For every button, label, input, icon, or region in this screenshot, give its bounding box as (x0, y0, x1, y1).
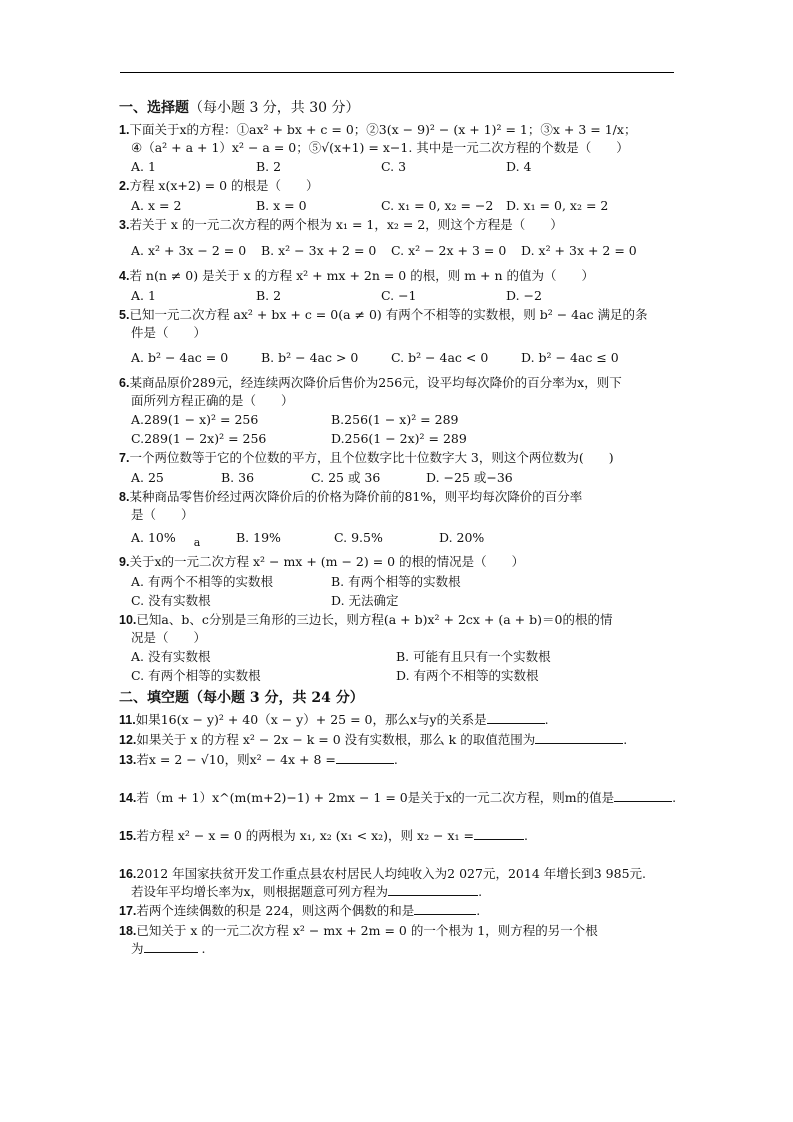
question-13: 13.若x = 2 − √10，则x² − 4x + 8 =. (119, 751, 679, 769)
question-text: 若关于 x 的一元二次方程的两个根为 x₁ = 1，x₂ = 2，则这个方程是（… (129, 217, 562, 232)
option-c[interactable]: C. b² − 4ac < 0 (391, 349, 521, 366)
question-text: 如果关于 x 的方程 x² − 2x − k = 0 没有实数根，那么 k 的取… (136, 732, 535, 747)
question-text: 已知一元二次方程 ax² + bx + c = 0(a ≠ 0) 有两个不相等的… (129, 307, 647, 322)
question-text: 一个两位数等于它的个位数的平方，且个位数字比十位数字大 3，则这个两位数为( ) (129, 450, 613, 465)
question-number: 14. (119, 791, 136, 805)
question-text: 方程 x(x+2) = 0 的根是（ ） (129, 178, 318, 193)
answer-blank[interactable] (144, 940, 198, 953)
question-text-cont: 件是（ ） (119, 324, 679, 341)
option-b[interactable]: B. 2 (256, 158, 381, 175)
option-a[interactable]: A. 没有实数根 (131, 648, 396, 665)
question-number: 3. (119, 218, 129, 232)
section-title: 一、选择题 (119, 100, 189, 116)
question-number: 5. (119, 308, 129, 322)
question-2: 2.方程 x(x+2) = 0 的根是（ ） (119, 177, 679, 195)
option-b[interactable]: B. 36 (221, 469, 311, 486)
option-c[interactable]: C.289(1 − 2x)² = 256 (131, 430, 331, 447)
option-d[interactable]: D. 4 (506, 158, 631, 175)
question-text-cont: ④（a² + a + 1）x² − a = 0；⑤√(x+1) = x−1. 其… (119, 139, 679, 156)
question-number: 4. (119, 269, 129, 283)
question-12: 12.如果关于 x 的方程 x² − 2x − k = 0 没有实数根，那么 k… (119, 731, 679, 749)
option-d[interactable]: D. x₁ = 0, x₂ = 2 (506, 197, 631, 214)
option-a[interactable]: A. 1 (131, 158, 256, 175)
option-b[interactable]: B. x = 0 (256, 197, 381, 214)
answer-blank[interactable] (487, 711, 545, 724)
punct: . (478, 884, 482, 899)
question-8: 8.某种商品零售价经过两次降价后的价格为降价前的81%，则平均每次降价的百分率 (119, 488, 679, 506)
answer-blank[interactable] (388, 883, 478, 896)
section-note: （每小题 3 分，共 24 分） (189, 690, 364, 706)
question-number: 8. (119, 490, 129, 504)
option-d[interactable]: D. b² − 4ac ≤ 0 (521, 349, 651, 366)
question-text: 某种商品零售价经过两次降价后的价格为降价前的81%，则平均每次降价的百分率 (129, 489, 582, 504)
question-text: 已知关于 x 的一元二次方程 x² − mx + 2m = 0 的一个根为 1，… (136, 923, 597, 938)
question-number: 9. (119, 555, 129, 569)
question-text: 为 (131, 941, 144, 956)
question-text: 关于x的一元二次方程 x² − mx + (m − 2) = 0 的根的情况是（… (129, 554, 524, 569)
option-c[interactable]: C. x² − 2x + 3 = 0 (391, 242, 521, 259)
option-c[interactable]: C. 有两个相等的实数根 (131, 667, 396, 684)
question-number: 18. (119, 924, 136, 938)
header-rule (120, 72, 674, 73)
question-1: 1.下面关于x的方程：①ax² + bx + c = 0；②3(x − 9)² … (119, 121, 679, 139)
question-number: 17. (119, 904, 136, 918)
question-text: 如果16(x − y)² + 40（x − y）+ 25 = 0，那么x与y的关… (136, 712, 487, 727)
punct: . (524, 828, 528, 843)
option-b[interactable]: B. 有两个相等的实数根 (331, 573, 531, 590)
option-a[interactable]: A. 有两个不相等的实数根 (131, 573, 331, 590)
options: C. 有两个相等的实数根 D. 有两个不相等的实数根 (119, 667, 679, 684)
options: A. 1 B. 2 C. −1 D. −2 (119, 287, 679, 304)
question-5: 5.已知一元二次方程 ax² + bx + c = 0(a ≠ 0) 有两个不相… (119, 306, 679, 324)
question-number: 16. (119, 867, 136, 881)
option-a-label: A. 10% (131, 530, 176, 545)
question-text-cont: 为 . (119, 940, 679, 957)
question-text: 若（m + 1）x^(m(m+2)−1) + 2mx − 1 = 0是关于x的一… (136, 790, 614, 805)
options: C. 没有实数根 D. 无法确定 (119, 592, 679, 609)
question-text-cont: 是（ ） (119, 506, 679, 523)
option-d[interactable]: D. 有两个不相等的实数根 (396, 667, 661, 684)
punct: . (394, 752, 398, 767)
options: A. b² − 4ac = 0 B. b² − 4ac > 0 C. b² − … (119, 349, 679, 366)
answer-blank[interactable] (614, 789, 672, 802)
option-b[interactable]: B. x² − 3x + 2 = 0 (261, 242, 391, 259)
option-c[interactable]: C. 9.5% (334, 529, 439, 547)
punct: . (476, 903, 480, 918)
question-number: 10. (119, 613, 136, 627)
option-c[interactable]: C. −1 (381, 287, 506, 304)
answer-blank[interactable] (414, 902, 476, 915)
section-heading-fill-blank: 二、填空题（每小题 3 分，共 24 分） (119, 690, 679, 707)
question-text: 若方程 x² − x = 0 的两根为 x₁, x₂ (x₁ < x₂)，则 x… (136, 828, 474, 843)
punct: . (545, 712, 549, 727)
option-d[interactable]: D. −25 或−36 (426, 469, 513, 486)
question-number: 7. (119, 451, 129, 465)
option-a[interactable]: A. 10%a (131, 529, 236, 547)
question-number: 15. (119, 829, 136, 843)
question-6: 6.某商品原价289元，经连续两次降价后售价为256元，设平均每次降价的百分率为… (119, 374, 679, 392)
answer-blank[interactable] (336, 751, 394, 764)
question-text: 2012 年国家扶贫开发工作重点县农村居民人均纯收入为2 027元，2014 年… (136, 866, 646, 881)
option-d[interactable]: D. x² + 3x + 2 = 0 (521, 242, 651, 259)
question-11: 11.如果16(x − y)² + 40（x − y）+ 25 = 0，那么x与… (119, 711, 679, 729)
question-4: 4.若 n(n ≠ 0) 是关于 x 的方程 x² + mx + 2n = 0 … (119, 267, 679, 285)
question-10: 10.已知a、b、c分别是三角形的三边长，则方程(a + b)x² + 2cx … (119, 611, 679, 629)
option-c[interactable]: C. 25 或 36 (311, 469, 426, 486)
option-a[interactable]: A. b² − 4ac = 0 (131, 349, 261, 366)
option-a[interactable]: A. 25 (131, 469, 221, 486)
option-b[interactable]: B. 可能有且只有一个实数根 (396, 648, 661, 665)
question-number: 12. (119, 733, 136, 747)
question-number: 13. (119, 753, 136, 767)
exam-page: 一、选择题（每小题 3 分，共 30 分） 1.下面关于x的方程：①ax² + … (119, 94, 679, 957)
option-d[interactable]: D. 20% (439, 529, 484, 547)
section-title: 二、填空题 (119, 690, 189, 706)
option-a[interactable]: A. x² + 3x − 2 = 0 (131, 242, 261, 259)
question-number: 1. (119, 123, 129, 137)
question-18: 18.已知关于 x 的一元二次方程 x² − mx + 2m = 0 的一个根为… (119, 922, 679, 940)
options: A. 没有实数根 B. 可能有且只有一个实数根 (119, 648, 679, 665)
answer-blank[interactable] (535, 731, 623, 744)
options: A. 10%a B. 19% C. 9.5% D. 20% (119, 529, 679, 547)
question-text: 某商品原价289元，经连续两次降价后售价为256元，设平均每次降价的百分率为x，… (129, 375, 621, 390)
option-a[interactable]: A.289(1 − x)² = 256 (131, 411, 331, 428)
question-14: 14.若（m + 1）x^(m(m+2)−1) + 2mx − 1 = 0是关于… (119, 789, 679, 807)
question-3: 3.若关于 x 的一元二次方程的两个根为 x₁ = 1，x₂ = 2，则这个方程… (119, 216, 679, 234)
option-d[interactable]: D. 无法确定 (331, 592, 531, 609)
question-text: 若两个连续偶数的积是 224，则这两个偶数的和是 (136, 903, 414, 918)
punct: . (623, 732, 627, 747)
option-b[interactable]: B. b² − 4ac > 0 (261, 349, 391, 366)
question-text-cont: 若设年平均增长率为x，则根据题意可列方程为. (119, 883, 679, 900)
options: C.289(1 − 2x)² = 256 D.256(1 − 2x)² = 28… (119, 430, 679, 447)
option-a[interactable]: A. 1 (131, 287, 256, 304)
question-15: 15.若方程 x² − x = 0 的两根为 x₁, x₂ (x₁ < x₂)，… (119, 827, 679, 845)
options: A. 有两个不相等的实数根 B. 有两个相等的实数根 (119, 573, 679, 590)
option-d[interactable]: D. −2 (506, 287, 631, 304)
option-b[interactable]: B.256(1 − x)² = 289 (331, 411, 531, 428)
stray-mark: a (194, 536, 201, 549)
question-17: 17.若两个连续偶数的积是 224，则这两个偶数的和是. (119, 902, 679, 920)
question-9: 9.关于x的一元二次方程 x² − mx + (m − 2) = 0 的根的情况… (119, 553, 679, 571)
question-number: 2. (119, 179, 129, 193)
question-text-cont: 面所列方程正确的是（ ） (119, 392, 679, 409)
question-text: 若 n(n ≠ 0) 是关于 x 的方程 x² + mx + 2n = 0 的根… (129, 268, 594, 283)
question-16: 16.2012 年国家扶贫开发工作重点县农村居民人均纯收入为2 027元，201… (119, 865, 679, 883)
options: A. x = 2 B. x = 0 C. x₁ = 0, x₂ = −2 D. … (119, 197, 679, 214)
question-text: 若x = 2 − √10，则x² − 4x + 8 = (136, 752, 336, 767)
options: A. 25 B. 36 C. 25 或 36 D. −25 或−36 (119, 469, 679, 486)
option-d[interactable]: D.256(1 − 2x)² = 289 (331, 430, 531, 447)
answer-blank[interactable] (474, 827, 524, 840)
option-c[interactable]: C. 没有实数根 (131, 592, 331, 609)
question-text: 若设年平均增长率为x，则根据题意可列方程为 (131, 884, 388, 899)
option-b[interactable]: B. 2 (256, 287, 381, 304)
question-text-cont: 况是（ ） (119, 629, 679, 646)
options: A. 1 B. 2 C. 3 D. 4 (119, 158, 679, 175)
punct: . (198, 941, 206, 956)
option-c[interactable]: C. 3 (381, 158, 506, 175)
question-text: 下面关于x的方程：①ax² + bx + c = 0；②3(x − 9)² − … (129, 122, 636, 137)
section-note: （每小题 3 分，共 30 分） (189, 100, 360, 116)
option-a[interactable]: A. x = 2 (131, 197, 256, 214)
question-number: 11. (119, 713, 136, 727)
question-number: 6. (119, 376, 129, 390)
option-c[interactable]: C. x₁ = 0, x₂ = −2 (381, 197, 506, 214)
question-text: 已知a、b、c分别是三角形的三边长，则方程(a + b)x² + 2cx + (… (136, 612, 612, 627)
question-7: 7.一个两位数等于它的个位数的平方，且个位数字比十位数字大 3，则这个两位数为(… (119, 449, 679, 467)
options: A. x² + 3x − 2 = 0 B. x² − 3x + 2 = 0 C.… (119, 242, 679, 259)
options: A.289(1 − x)² = 256 B.256(1 − x)² = 289 (119, 411, 679, 428)
section-heading-multiple-choice: 一、选择题（每小题 3 分，共 30 分） (119, 100, 679, 117)
option-b[interactable]: B. 19% (236, 529, 334, 547)
punct: . (672, 790, 676, 805)
